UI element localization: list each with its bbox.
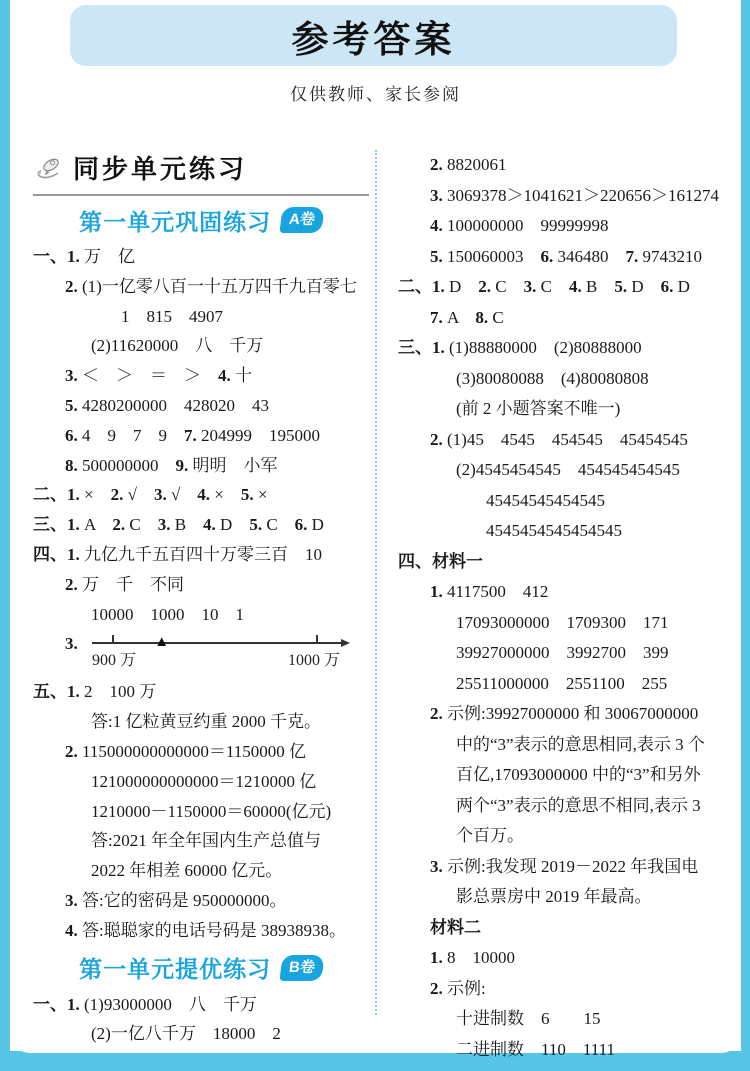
answer-text: 204999 195000 (201, 426, 320, 445)
answer-text: (1)45 4545 454545 45454545 (447, 430, 688, 449)
answer-line: 四、1. 九亿九千五百四十万零三百 10 (33, 540, 369, 570)
volume-badge: A卷 (279, 207, 324, 233)
item-number: 4. (430, 216, 447, 235)
answer-line: 影总票房中 2019 年最高。 (398, 882, 732, 913)
answer-text: 万 千 不同 (82, 575, 184, 594)
answer-line: (3)80080088 (4)80080808 (398, 364, 732, 395)
answer-line: 材料二 (398, 913, 732, 944)
answer-line: 4. 100000000 99999998 (398, 211, 732, 242)
item-number: 3. (158, 515, 175, 534)
answer-text: 3069378＞1041621＞220656＞161274 (447, 186, 719, 205)
answer-text: 8 10000 (447, 948, 515, 967)
item-number: 2. (65, 742, 82, 761)
answer-text: 500000000 (82, 456, 176, 475)
answer-line: 121000000000000＝1210000 亿 (33, 767, 369, 797)
answer-line: (2)一亿八千万 18000 2 (33, 1019, 369, 1049)
answer-text: 答:1 亿粒黄豆约重 2000 千克。 (91, 712, 321, 731)
arrow-right-icon (341, 639, 350, 647)
answer-line: 1210000－1150000＝60000(亿元) (33, 797, 369, 827)
answer-line: 2. 示例: (398, 974, 732, 1005)
answer-text: 2 100 万 (84, 682, 156, 701)
answer-text: 4 9 7 9 (82, 426, 184, 445)
answer-text: √ (171, 485, 197, 504)
item-number: 7. (626, 247, 643, 266)
item-number: 8. (65, 456, 82, 475)
answer-line: (2)4545454545 454545454545 (398, 455, 732, 486)
answer-text: D (631, 277, 660, 296)
answer-line: 1. 8 10000 (398, 943, 732, 974)
answer-line: 十进制数 6 15 (398, 1004, 732, 1035)
answer-text: 100000000 99999998 (447, 216, 609, 235)
answer-text: 4280200000 428020 43 (82, 396, 269, 415)
item-number: 二、1. (33, 485, 84, 504)
answer-line: 6. 4 9 7 9 7. 204999 195000 (33, 421, 369, 451)
answer-text: √ (128, 485, 154, 504)
answer-line: 二进制数 110 1111 (398, 1035, 732, 1066)
answer-line: 二、1. × 2. √ 3. √ 4. × 5. × (33, 480, 369, 510)
answer-text: (1)一亿零八百一十五万四千九百零七 (82, 277, 357, 296)
number-line-axis (92, 642, 343, 644)
answer-text: A (84, 515, 112, 534)
item-number: 5. (614, 277, 631, 296)
answer-line: (前 2 小题答案不唯一) (398, 394, 732, 425)
item-number: 一、1. (33, 995, 84, 1014)
answer-text: 万 亿 (84, 247, 135, 266)
answer-text: 115000000000000＝1150000 亿 (82, 742, 306, 761)
answer-text: 个百万。 (456, 826, 524, 845)
answer-text: (1)93000000 八 千万 (84, 995, 257, 1014)
answer-line: 3. ▲900 万1000 万 (33, 629, 369, 677)
item-number: 3. (524, 277, 541, 296)
answer-line: 5. 150060003 6. 346480 7. 9743210 (398, 242, 732, 273)
answer-line: 2. 万 千 不同 (33, 570, 369, 600)
item-number: 2. (112, 515, 129, 534)
item-number: 3. (65, 366, 82, 385)
number-line-left-label: 900 万 (92, 646, 136, 676)
column-divider (375, 150, 377, 1015)
item-number: 7. (184, 426, 201, 445)
answer-text: D (312, 515, 324, 534)
answer-text: (2)4545454545 454545454545 (456, 460, 680, 479)
answer-line: 二、1. D 2. C 3. C 4. B 5. D 6. D (398, 272, 732, 303)
answer-text: 二进制数 110 1111 (456, 1040, 615, 1059)
item-number: 2. (430, 704, 447, 723)
section-header: 同步单元练习 (33, 147, 369, 196)
answer-text: D (678, 277, 690, 296)
item-number: 5. (430, 247, 447, 266)
number-line-right-label: 1000 万 (288, 646, 340, 676)
answer-line: 10000 1000 10 1 (33, 600, 369, 630)
answer-text: (3)80080088 (4)80080808 (456, 369, 649, 388)
answer-line: 8. 500000000 9. 明明 小军 (33, 451, 369, 481)
item-number: 6. (65, 426, 82, 445)
answer-line: 3. ＜ ＞ ＝ ＞ 4. 十 (33, 361, 369, 391)
answer-text: B (175, 515, 203, 534)
item-number: 2. (111, 485, 128, 504)
item-number: 2. (430, 979, 447, 998)
item-number: 1. (430, 582, 447, 601)
answer-text: 答:聪聪家的电话号码是 38938938。 (82, 921, 346, 940)
answer-text: × (214, 485, 241, 504)
answer-text: 答:它的密码是 950000000。 (82, 891, 286, 910)
answer-text: 1 815 4907 (121, 307, 223, 326)
number-line-diagram: ▲900 万1000 万 (92, 631, 350, 677)
answer-text: (2)11620000 八 千万 (91, 336, 263, 355)
unit-heading-text: 第一单元巩固练习 (79, 204, 271, 237)
item-number: 2. (430, 155, 447, 174)
answer-text: 十进制数 6 15 (456, 1009, 601, 1028)
item-number: 二、1. (398, 277, 449, 296)
item-number: 材料二 (430, 918, 481, 937)
item-number: 四、材料一 (398, 552, 483, 571)
answer-text: 示例:39927000000 和 30067000000 (447, 704, 698, 723)
answer-text: 17093000000 1709300 171 (456, 613, 669, 632)
answer-line: 两个“3”表示的意思不相同,表示 3 (398, 791, 732, 822)
item-number: 3. (65, 634, 82, 653)
page-frame-left (0, 0, 10, 1071)
answer-text: 九亿九千五百四十万零三百 10 (84, 545, 322, 564)
answer-line: 答:2021 年全年国内生产总值与 (33, 826, 369, 856)
page-title: 参考答案 (292, 9, 456, 63)
item-number: 2. (430, 430, 447, 449)
unit-heading-text: 第一单元提优练习 (79, 951, 271, 984)
answer-line: 2. 115000000000000＝1150000 亿 (33, 737, 369, 767)
answer-line: 三、1. (1)88880000 (2)80888000 (398, 333, 732, 364)
answer-text: 示例: (447, 979, 486, 998)
page-subtitle: 仅供教师、家长参阅 (10, 80, 741, 105)
answer-text: 明明 小军 (193, 456, 278, 475)
item-number: 4. (197, 485, 214, 504)
answer-text: 150060003 (447, 247, 541, 266)
answer-line: 7. A 8. C (398, 303, 732, 334)
section-title: 同步单元练习 (73, 149, 247, 186)
answer-line: 中的“3”表示的意思相同,表示 3 个 (398, 730, 732, 761)
answer-text: 25511000000 2551100 255 (456, 674, 667, 693)
number-line-tick (316, 635, 318, 643)
answer-text: B (586, 277, 614, 296)
answer-text: 示例:我发现 2019－2022 年我国电 (447, 857, 698, 876)
page-title-box: 参考答案 (70, 5, 677, 66)
item-number: 2. (478, 277, 495, 296)
answer-line: 一、1. 万 亿 (33, 242, 369, 272)
answer-text: 9743210 (643, 247, 703, 266)
answer-line: 45454545454545 4545454545454545 (398, 486, 732, 547)
item-number: 4. (65, 921, 82, 940)
item-number: 5. (241, 485, 258, 504)
answer-line: 2022 年相差 60000 亿元。 (33, 856, 369, 886)
answer-line: 3. 示例:我发现 2019－2022 年我国电 (398, 852, 732, 883)
answer-text: × (258, 485, 268, 504)
item-number: 3. (430, 857, 447, 876)
item-number: 四、1. (33, 545, 84, 564)
answer-line: 答:1 亿粒黄豆约重 2000 千克。 (33, 707, 369, 737)
item-number: 4. (218, 366, 235, 385)
answer-line: 3. 答:它的密码是 950000000。 (33, 886, 369, 916)
answer-line: 五、1. 2 100 万 (33, 677, 369, 707)
answer-line: 2. (1)一亿零八百一十五万四千九百零七 (33, 272, 369, 302)
page-frame-right (741, 0, 750, 1071)
answers-column-right: 2. 88200613. 3069378＞1041621＞220656＞1612… (398, 150, 732, 1065)
left-answers-list: 第一单元巩固练习A卷一、1. 万 亿2. (1)一亿零八百一十五万四千九百零七1… (33, 198, 369, 1049)
item-number: 7. (430, 308, 447, 327)
answer-line: 3. 3069378＞1041621＞220656＞161274 (398, 181, 732, 212)
answer-line: 5. 4280200000 428020 43 (33, 391, 369, 421)
answer-text: 两个“3”表示的意思不相同,表示 3 (456, 796, 701, 815)
answer-line: 25511000000 2551100 255 (398, 669, 732, 700)
item-number: 4. (569, 277, 586, 296)
answer-text: (前 2 小题答案不唯一) (456, 399, 620, 418)
answer-text: C (492, 308, 503, 327)
item-number: 三、1. (398, 338, 449, 357)
number-line-tick (112, 635, 114, 643)
answer-text: (1)88880000 (2)80888000 (449, 338, 642, 357)
answer-text: 8820061 (447, 155, 507, 174)
item-number: 8. (475, 308, 492, 327)
unit-heading: 第一单元巩固练习A卷 (33, 198, 369, 242)
answer-page: 参考答案 仅供教师、家长参阅 同步单元练习 第一单元巩固练习A卷一、1. 万 亿… (10, 0, 741, 1053)
answer-line: 1 815 4907 (33, 302, 369, 332)
unit-heading: 第一单元提优练习B卷 (33, 946, 369, 990)
triangle-marker-icon: ▲ (154, 628, 169, 658)
answers-column-left: 同步单元练习 第一单元巩固练习A卷一、1. 万 亿2. (1)一亿零八百一十五万… (33, 147, 369, 1049)
answer-text: 百亿,17093000000 中的“3”和另外 (456, 765, 701, 784)
answer-text: 2022 年相差 60000 亿元。 (91, 861, 282, 880)
answer-line: 4. 答:聪聪家的电话号码是 38938938。 (33, 916, 369, 946)
answer-text: 121000000000000＝1210000 亿 (91, 772, 316, 791)
answer-text: C (266, 515, 294, 534)
answer-text: 4117500 412 (447, 582, 548, 601)
answer-text: (2)一亿八千万 18000 2 (91, 1024, 281, 1043)
answer-text: 346480 (558, 247, 626, 266)
answer-line: 三、1. A 2. C 3. B 4. D 5. C 6. D (33, 510, 369, 540)
answer-text: 1210000－1150000＝60000(亿元) (91, 802, 331, 821)
item-number: 9. (176, 456, 193, 475)
answer-text: 10000 1000 10 1 (91, 605, 244, 624)
answer-line: 2. (1)45 4545 454545 45454545 (398, 425, 732, 456)
item-number: 6. (295, 515, 312, 534)
item-number: 5. (249, 515, 266, 534)
item-number: 2. (65, 277, 82, 296)
answer-text: 39927000000 3992700 399 (456, 643, 669, 662)
answer-text: 影总票房中 2019 年最高。 (456, 887, 652, 906)
answer-text: 45454545454545 4545454545454545 (486, 491, 622, 541)
answer-text: C (541, 277, 569, 296)
answer-text: 答:2021 年全年国内生产总值与 (91, 831, 321, 850)
answer-text: 十 (235, 366, 252, 385)
item-number: 2. (65, 575, 82, 594)
item-number: 1. (430, 948, 447, 967)
item-number: 5. (65, 396, 82, 415)
item-number: 6. (541, 247, 558, 266)
answer-line: (2)11620000 八 千万 (33, 331, 369, 361)
volume-badge: B卷 (279, 955, 324, 981)
item-number: 3. (154, 485, 171, 504)
item-number: 三、1. (33, 515, 84, 534)
answer-line: 2. 示例:39927000000 和 30067000000 (398, 699, 732, 730)
answer-line: 百亿,17093000000 中的“3”和另外 (398, 760, 732, 791)
item-number: 4. (203, 515, 220, 534)
answer-text: D (220, 515, 249, 534)
answer-text: × (84, 485, 111, 504)
answer-line: 2. 8820061 (398, 150, 732, 181)
answer-line: 个百万。 (398, 821, 732, 852)
item-number: 一、1. (33, 247, 84, 266)
answer-line: 17093000000 1709300 171 (398, 608, 732, 639)
rocket-icon (35, 155, 65, 181)
right-answers-list: 2. 88200613. 3069378＞1041621＞220656＞1612… (398, 150, 732, 1065)
answer-text: C (129, 515, 157, 534)
item-number: 3. (65, 891, 82, 910)
answer-line: 1. 4117500 412 (398, 577, 732, 608)
answer-line: 四、材料一 (398, 547, 732, 578)
item-number: 3. (430, 186, 447, 205)
answer-line: 一、1. (1)93000000 八 千万 (33, 990, 369, 1020)
item-number: 五、1. (33, 682, 84, 701)
answer-text: A (447, 308, 475, 327)
answer-line: 39927000000 3992700 399 (398, 638, 732, 669)
answer-text: D (449, 277, 478, 296)
answer-text: 中的“3”表示的意思相同,表示 3 个 (456, 735, 705, 754)
answer-text: C (495, 277, 523, 296)
item-number: 6. (661, 277, 678, 296)
answer-text: ＜ ＞ ＝ ＞ (82, 366, 218, 385)
